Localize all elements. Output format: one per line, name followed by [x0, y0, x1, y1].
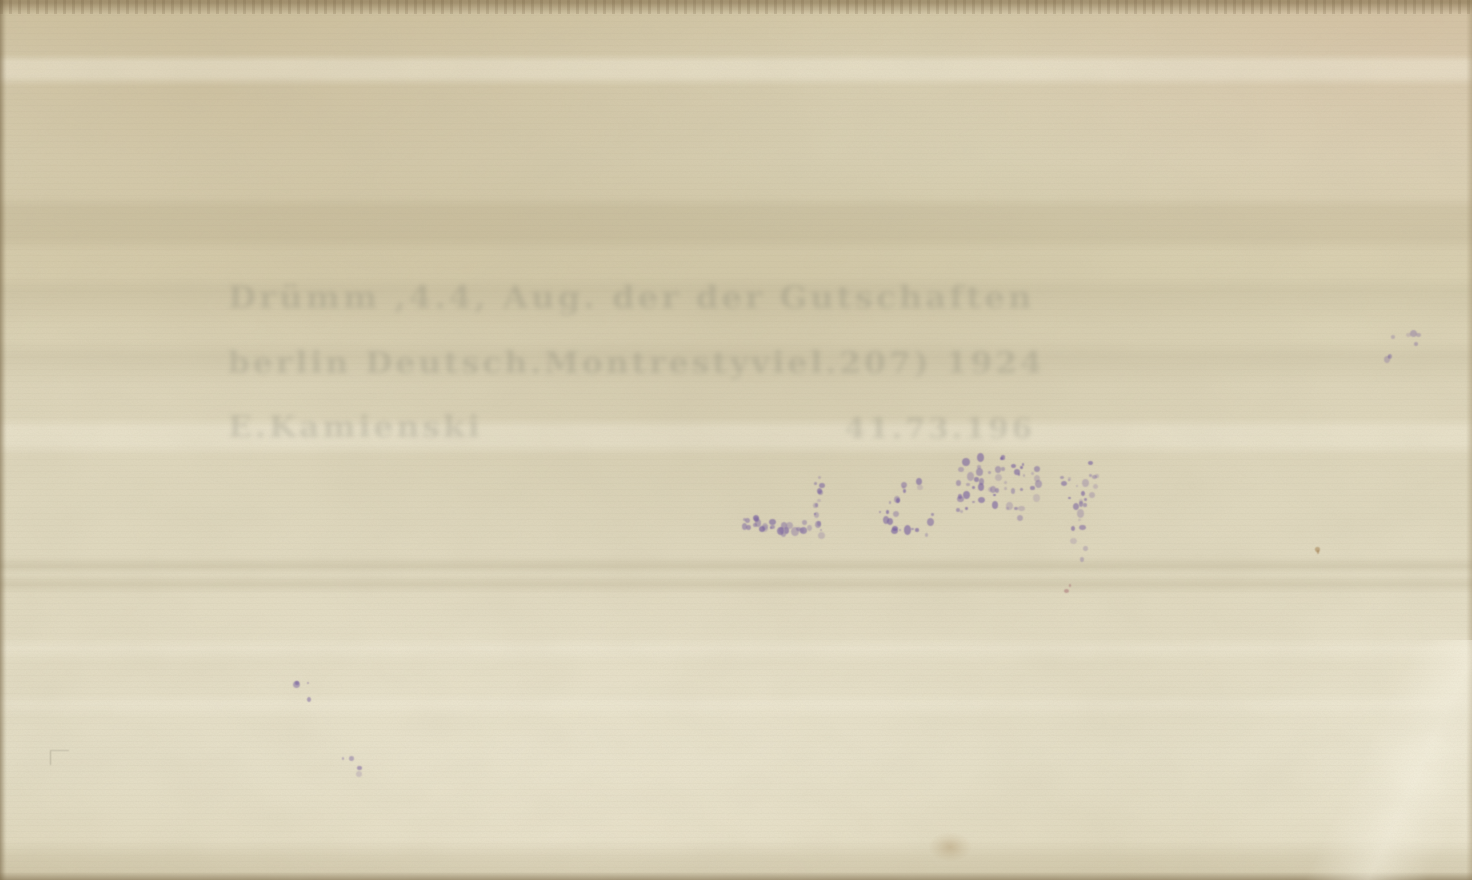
- ink-speck: [1092, 475, 1097, 479]
- ink-speck: [746, 525, 750, 530]
- ink-speck: [1011, 488, 1016, 494]
- ink-speck: [1083, 546, 1087, 551]
- ink-speck: [342, 757, 344, 760]
- ink-speck: [916, 478, 921, 485]
- pencil-corner-mark: [50, 750, 69, 765]
- paper-grain-texture: [0, 0, 1472, 880]
- ink-speck: [995, 466, 1001, 472]
- ink-speck: [817, 499, 821, 502]
- ink-speck: [972, 501, 974, 503]
- ink-speck: [820, 529, 822, 532]
- ink-speck: [966, 483, 969, 486]
- ink-speck: [1093, 484, 1098, 489]
- scanned-paper-verso: Drümm ,4.4, Aug. der der Gutschaften ber…: [0, 0, 1472, 880]
- ink-speck: [357, 766, 362, 771]
- ink-speck: [993, 494, 996, 496]
- ink-speck: [1023, 474, 1025, 477]
- ink-speck: [1011, 464, 1016, 469]
- ink-speck: [807, 525, 812, 531]
- ink-speck: [1068, 479, 1070, 481]
- ink-speck: [1061, 481, 1067, 486]
- ink-speck: [960, 510, 963, 513]
- ink-speck: [899, 529, 901, 531]
- ink-speck: [814, 482, 817, 485]
- ink-speck: [962, 458, 969, 466]
- ink-speck: [886, 510, 889, 514]
- ink-speck: [917, 485, 922, 491]
- ink-speck: [992, 501, 999, 509]
- ink-speck: [1017, 515, 1023, 521]
- bleedthrough-line-1: Drümm ,4.4, Aug. der der Gutschaften: [228, 280, 1035, 316]
- ink-speck: [915, 528, 920, 532]
- ink-speck: [891, 528, 898, 534]
- ink-speck: [307, 697, 311, 702]
- ink-speck: [1018, 506, 1025, 511]
- ink-speck: [1079, 525, 1085, 530]
- sheet-edge-bottom: [0, 872, 1472, 880]
- ink-speck: [802, 520, 807, 524]
- ink-speck: [1064, 589, 1069, 593]
- ink-speck: [956, 480, 961, 486]
- ink-speck: [925, 533, 928, 537]
- ink-speck: [1083, 503, 1086, 507]
- ink-speck: [1020, 466, 1022, 469]
- ink-speck: [1089, 492, 1096, 498]
- ink-speck: [1071, 526, 1075, 531]
- ink-speck: [1068, 497, 1070, 499]
- sheet-edge-left: [0, 0, 7, 880]
- corner-sheen: [1212, 640, 1472, 880]
- ink-speck: [963, 491, 970, 499]
- bleedthrough-line-2: berlin Deutsch.Montrestyviel.207) 1924: [228, 346, 1045, 381]
- bleedthrough-line-3: E.Kamienski: [228, 410, 483, 445]
- ink-speck: [903, 489, 906, 493]
- ink-speck: [931, 513, 934, 515]
- ink-speck: [1078, 519, 1081, 522]
- ink-speck: [1001, 467, 1004, 471]
- sheet-edge-top: [0, 0, 1472, 14]
- ink-speck: [1416, 333, 1420, 337]
- ink-speck: [979, 478, 985, 485]
- ink-speck: [814, 512, 819, 518]
- ink-speck: [972, 486, 975, 489]
- ink-speck: [974, 477, 979, 482]
- ink-speck: [911, 528, 913, 531]
- ink-speck: [1069, 584, 1072, 587]
- ink-speck: [1076, 485, 1079, 487]
- ink-speck: [1315, 547, 1319, 552]
- ink-speck: [791, 527, 798, 536]
- sheet-edge-right: [1466, 0, 1472, 880]
- ink-speck: [887, 518, 893, 525]
- ink-speck: [1001, 455, 1006, 459]
- brown-stain: [928, 832, 972, 862]
- ink-speck: [818, 490, 824, 495]
- ink-speck: [1088, 461, 1093, 465]
- ink-speck: [307, 682, 309, 684]
- ink-speck: [896, 498, 900, 503]
- ink-speck: [1018, 473, 1021, 476]
- ink-speck: [889, 501, 892, 503]
- ink-speck: [1034, 466, 1041, 472]
- ink-speck: [904, 525, 911, 534]
- ink-speck: [784, 527, 789, 534]
- ink-speck: [1031, 472, 1033, 475]
- ink-speck: [1070, 538, 1077, 544]
- ink-speck: [818, 476, 821, 479]
- ink-speck: [349, 756, 355, 761]
- ink-speck: [1391, 335, 1395, 339]
- ink-speck: [1030, 486, 1035, 491]
- ink-speck: [988, 471, 991, 474]
- ink-speck: [958, 467, 963, 472]
- ink-speck: [965, 507, 968, 510]
- ink-speck: [1006, 507, 1009, 510]
- ink-speck: [818, 532, 825, 539]
- ink-speck: [755, 519, 762, 526]
- ink-speck: [1060, 476, 1064, 479]
- ink-speck: [293, 681, 300, 688]
- ink-speck: [1033, 494, 1040, 502]
- ink-speck: [1004, 487, 1007, 490]
- ink-speck: [990, 486, 996, 493]
- ink-speck: [901, 482, 907, 488]
- ink-speck: [1084, 498, 1087, 501]
- ink-speck: [1077, 509, 1084, 517]
- ink-speck: [1022, 463, 1024, 466]
- ink-speck: [977, 453, 984, 462]
- ink-speck: [815, 503, 819, 506]
- ink-speck: [759, 526, 764, 532]
- ink-speck: [1081, 491, 1085, 496]
- ink-speck: [1414, 342, 1418, 346]
- ink-speck: [976, 468, 983, 476]
- ink-speck: [799, 528, 805, 533]
- ink-speck: [879, 511, 881, 514]
- ink-speck: [1073, 503, 1079, 510]
- ink-speck: [1004, 481, 1007, 485]
- ink-speck: [978, 497, 985, 503]
- ink-speck: [817, 521, 821, 525]
- bleedthrough-number-fragment: 41.73.196: [845, 412, 1035, 445]
- scanner-streaks: [0, 0, 1472, 880]
- ink-speck: [770, 525, 775, 530]
- ink-speck: [927, 518, 934, 526]
- ink-speck: [1020, 488, 1022, 491]
- ink-speck: [967, 472, 974, 481]
- ink-speck: [356, 771, 362, 777]
- ink-speck: [995, 474, 1002, 481]
- ink-speck: [1080, 557, 1084, 562]
- ink-speck: [1082, 479, 1088, 487]
- ink-speck: [893, 511, 900, 517]
- ink-speck: [1384, 356, 1390, 363]
